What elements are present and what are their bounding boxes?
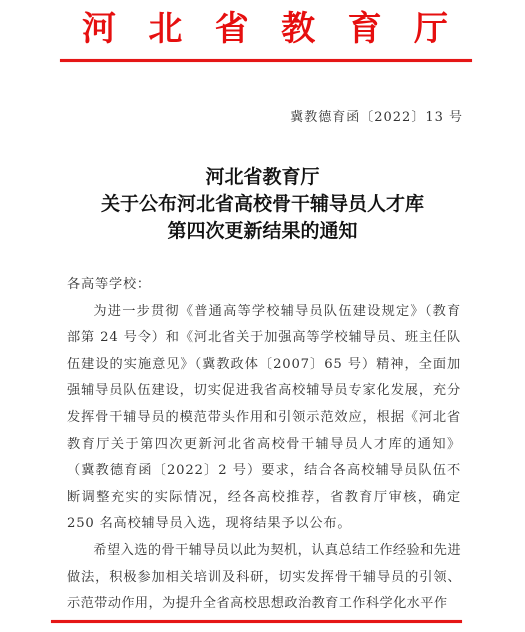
masthead-char: 省 xyxy=(215,8,249,50)
masthead-char: 厅 xyxy=(414,8,448,50)
red-divider-bottom xyxy=(51,620,462,623)
title-line-2: 关于公布河北省高校骨干辅导员人才库 xyxy=(0,191,525,218)
masthead-char: 教 xyxy=(281,8,315,50)
document-number: 冀教德育函〔2022〕13 号 xyxy=(290,106,463,125)
title-line-3: 第四次更新结果的通知 xyxy=(0,218,525,245)
masthead-char: 河 xyxy=(82,8,116,50)
document-title: 河北省教育厅 关于公布河北省高校骨干辅导员人才库 第四次更新结果的通知 xyxy=(0,164,525,245)
body-paragraph: 希望入选的骨干辅导员以此为契机，认真总结工作经验和先进做法，积极参加相关培训及科… xyxy=(67,538,461,618)
masthead-char: 北 xyxy=(148,8,182,50)
body-paragraph: 为进一步贯彻《普通高等学校辅导员队伍建设规定》（教育部第 24 号令）和《河北省… xyxy=(67,299,461,538)
red-divider-top xyxy=(60,59,472,62)
masthead-issuer: 河 北 省 教 育 厅 xyxy=(82,8,448,50)
masthead-char: 育 xyxy=(348,8,382,50)
title-line-1: 河北省教育厅 xyxy=(0,164,525,191)
document-body: 各高等学校： 为进一步贯彻《普通高等学校辅导员队伍建设规定》（教育部第 24 号… xyxy=(67,272,461,618)
salutation: 各高等学校： xyxy=(67,272,461,299)
